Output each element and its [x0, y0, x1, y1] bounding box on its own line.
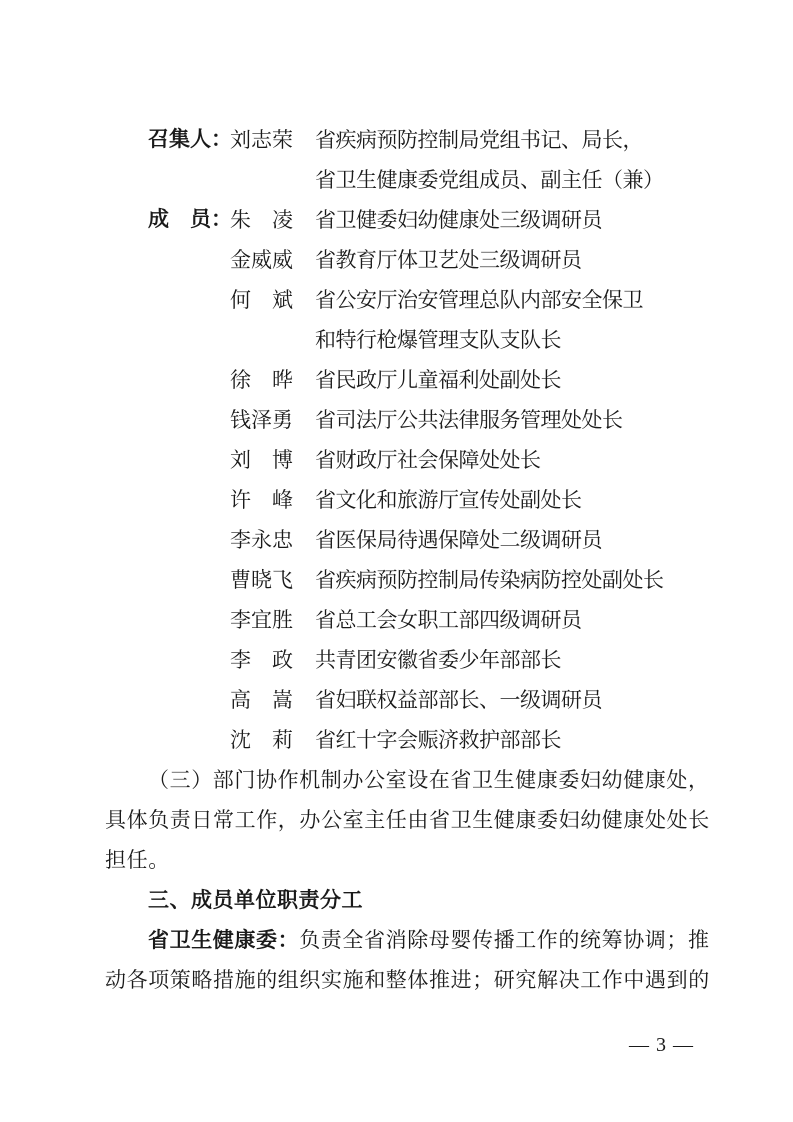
indent: [105, 120, 148, 160]
member-title: 省妇联权益部部长、一级调研员: [315, 680, 717, 720]
duty-paragraph-line2: 动各项策略措施的组织实施和整体推进；研究解决工作中遇到的: [105, 960, 717, 1000]
member-row: 李宜胜 省总工会女职工部四级调研员: [105, 600, 717, 640]
member-title: 省疾病预防控制局传染病防控处副处长: [315, 560, 717, 600]
convener-title-line2: 省卫生健康委党组成员、副主任（兼）: [315, 160, 717, 200]
indent: [105, 200, 148, 240]
member-row: 李 政 共青团安徽省委少年部部长: [105, 640, 717, 680]
member-name: 徐 晔: [230, 360, 315, 400]
member-row: 刘 博 省财政厅社会保障处处长: [105, 440, 717, 480]
convener-name: 刘志荣: [230, 120, 315, 160]
member-title: 省司法厅公共法律服务管理处处长: [315, 400, 717, 440]
member-row: 何 斌 省公安厅治安管理总队内部安全保卫: [105, 280, 717, 320]
member-name: 沈 莉: [230, 720, 315, 760]
indent: [105, 680, 230, 720]
page-number-dash-right: —: [673, 1034, 693, 1056]
member-name: 许 峰: [230, 480, 315, 520]
member-title: 省民政厅儿童福利处副处长: [315, 360, 717, 400]
member-row: 成 员： 朱 凌 省卫健委妇幼健康处三级调研员: [105, 200, 717, 240]
member-name: 李 政: [230, 640, 315, 680]
member-name: 金威威: [230, 240, 315, 280]
indent: [105, 720, 230, 760]
indent: [105, 240, 230, 280]
member-row: 许 峰 省文化和旅游厅宣传处副处长: [105, 480, 717, 520]
member-title: 省文化和旅游厅宣传处副处长: [315, 480, 717, 520]
indent: [105, 600, 230, 640]
page-number: —3—: [0, 1025, 793, 1065]
member-name: 李宜胜: [230, 600, 315, 640]
indent: [105, 160, 315, 200]
member-title: 省卫健委妇幼健康处三级调研员: [315, 200, 717, 240]
indent: [105, 560, 230, 600]
duty-paragraph-text: 负责全省消除母婴传播工作的统筹协调；推: [299, 928, 709, 952]
member-row: 李永忠 省医保局待遇保障处二级调研员: [105, 520, 717, 560]
indent: [105, 640, 230, 680]
indent: [105, 440, 230, 480]
indent: [105, 280, 230, 320]
office-paragraph-line1: （三）部门协作机制办公室设在省卫生健康委妇幼健康处，: [105, 760, 717, 800]
indent: [105, 480, 230, 520]
member-title-continuation-row: 和特行枪爆管理支队支队长: [105, 320, 717, 360]
member-name: 曹晓飞: [230, 560, 315, 600]
page-number-dash-left: —: [629, 1034, 649, 1056]
member-row: 高 嵩 省妇联权益部部长、一级调研员: [105, 680, 717, 720]
members-label: 成 员：: [148, 200, 230, 240]
member-row: 钱泽勇 省司法厅公共法律服务管理处处长: [105, 400, 717, 440]
office-paragraph-text: （三）部门协作机制办公室设在省卫生健康委妇幼健康处，: [148, 768, 710, 792]
indent: [105, 320, 315, 360]
indent: [105, 520, 230, 560]
member-name: 何 斌: [230, 280, 315, 320]
member-title: 省红十字会赈济救护部部长: [315, 720, 717, 760]
member-title: 省总工会女职工部四级调研员: [315, 600, 717, 640]
member-title: 共青团安徽省委少年部部长: [315, 640, 717, 680]
document-page: 召集人： 刘志荣 省疾病预防控制局党组书记、局长， 省卫生健康委党组成员、副主任…: [0, 0, 793, 1122]
member-name: 高 嵩: [230, 680, 315, 720]
member-title: 省财政厅社会保障处处长: [315, 440, 717, 480]
indent: [105, 400, 230, 440]
page-number-value: 3: [656, 1034, 666, 1056]
member-name: 刘 博: [230, 440, 315, 480]
section-heading-row: 三、成员单位职责分工: [105, 880, 717, 920]
indent: [105, 360, 230, 400]
member-title: 省公安厅治安管理总队内部安全保卫: [315, 280, 717, 320]
member-title-continuation: 和特行枪爆管理支队支队长: [315, 320, 717, 360]
document-body: 召集人： 刘志荣 省疾病预防控制局党组书记、局长， 省卫生健康委党组成员、副主任…: [105, 120, 717, 1000]
member-row: 徐 晔 省民政厅儿童福利处副处长: [105, 360, 717, 400]
member-name: 钱泽勇: [230, 400, 315, 440]
member-title: 省教育厅体卫艺处三级调研员: [315, 240, 717, 280]
convener-title-line1: 省疾病预防控制局党组书记、局长，: [315, 120, 717, 160]
office-paragraph-line2: 具体负责日常工作，办公室主任由省卫生健康委妇幼健康处处长: [105, 800, 717, 840]
member-row: 金威威 省教育厅体卫艺处三级调研员: [105, 240, 717, 280]
convener-title-continuation-row: 省卫生健康委党组成员、副主任（兼）: [105, 160, 717, 200]
member-row: 曹晓飞 省疾病预防控制局传染病防控处副处长: [105, 560, 717, 600]
member-name: 李永忠: [230, 520, 315, 560]
office-paragraph-line3: 担任。: [105, 840, 717, 880]
convener-row: 召集人： 刘志荣 省疾病预防控制局党组书记、局长，: [105, 120, 717, 160]
duty-paragraph-line1: 省卫生健康委：负责全省消除母婴传播工作的统筹协调；推: [105, 920, 717, 960]
member-row: 沈 莉 省红十字会赈济救护部部长: [105, 720, 717, 760]
member-name: 朱 凌: [230, 200, 315, 240]
section-heading: 三、成员单位职责分工: [148, 889, 363, 912]
duty-paragraph-lead: 省卫生健康委：: [148, 928, 299, 952]
member-title: 省医保局待遇保障处二级调研员: [315, 520, 717, 560]
convener-label: 召集人：: [148, 120, 230, 160]
